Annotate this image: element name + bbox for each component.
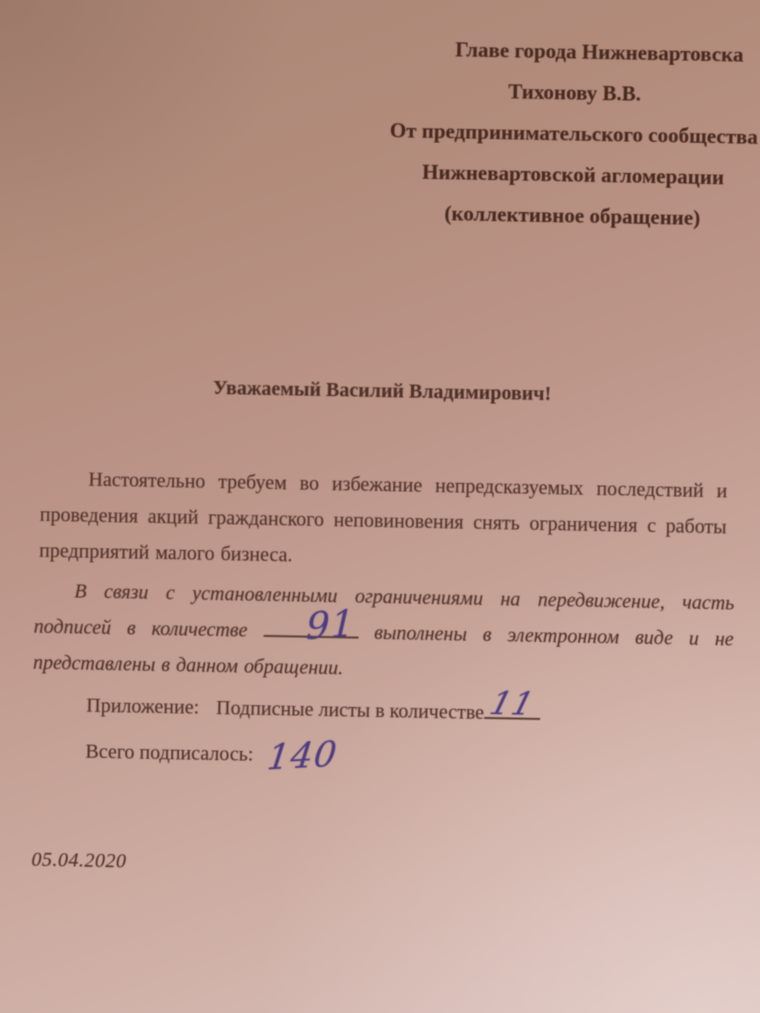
recipient-line-name: Тихонову В.В. [381, 69, 760, 117]
sheets-count-blank: 11 [484, 699, 540, 720]
salutation: Уважаемый Василий Владимирович! [2, 373, 760, 410]
total-label: Всего подписалось: [85, 741, 253, 766]
signatures-paragraph: В связи с установленными ограничениями н… [33, 573, 735, 694]
total-line: Всего подписалось:140 [85, 733, 337, 778]
recipient-line-collective: (коллективное обращение) [379, 192, 760, 240]
recipient-line-addressee: Главе города Нижневартовска [406, 28, 760, 76]
attachment-label: Приложение: [86, 695, 199, 719]
attachment-line: Приложение:Подписные листы в количестве1… [86, 692, 540, 726]
handwritten-electronic-count: 91 [266, 606, 356, 648]
recipient-block: Главе города Нижневартовска Тихонову В.В… [379, 28, 760, 240]
letter-date: 05.04.2020 [31, 849, 126, 874]
recipient-line-agglomeration: Нижневартовской агломерации [380, 151, 760, 199]
electronic-count-blank: 91 [263, 617, 358, 639]
attachment-text: Подписные листы в количестве [216, 697, 484, 724]
handwritten-total-count: 140 [265, 735, 340, 779]
letter-sheet: Главе города Нижневартовска Тихонову В.В… [0, 0, 760, 1013]
handwritten-sheets-count: 11 [486, 684, 539, 723]
demand-paragraph: Настоятельно требуем во избежание непред… [39, 461, 728, 582]
photographed-letter: Главе города Нижневартовска Тихонову В.В… [0, 0, 760, 1013]
recipient-line-from: От предпринимательского сообщества [381, 110, 760, 158]
